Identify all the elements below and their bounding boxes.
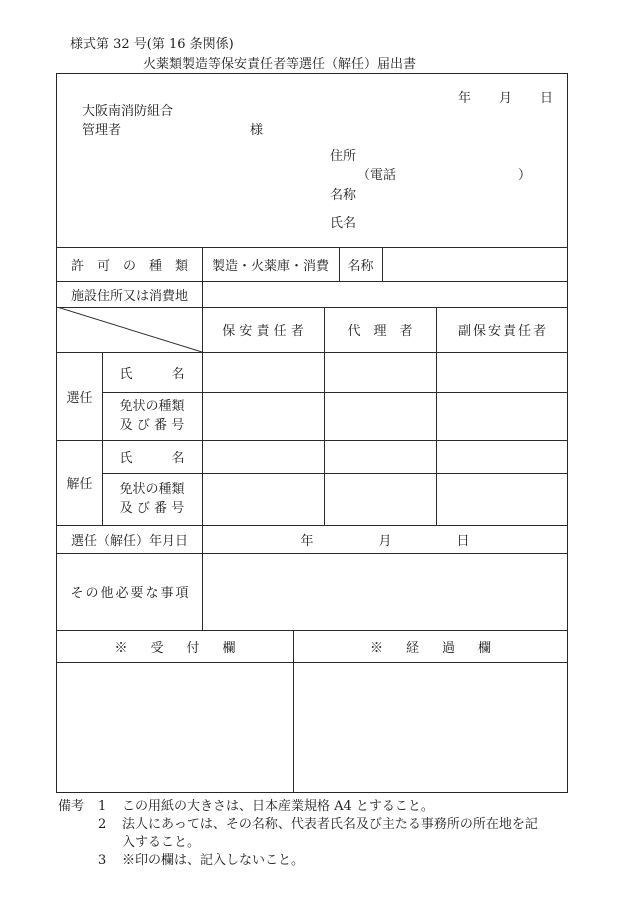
month-label: 月 [499, 87, 512, 106]
permit-name-label: 名称 [339, 247, 382, 281]
other-matters-label: その他必要な事項 [57, 553, 202, 630]
address-label: 住所 [330, 145, 356, 164]
remark-text: ※印の欄は、記入しないこと。 [122, 852, 542, 870]
year-label: 年 [458, 87, 471, 106]
column-header-deputy: 代 理 者 [324, 307, 436, 352]
remarks-item: 3 ※印の欄は、記入しないこと。 [98, 852, 542, 870]
permit-name-input-area [382, 247, 568, 281]
other-matters-input-area [202, 553, 568, 630]
honorific: 様 [250, 119, 263, 138]
facility-address-input-area [202, 281, 568, 307]
remarks-item: 1 この用紙の大きさは、日本産業規格 A4 とすること。 [98, 798, 542, 816]
remark-number: 1 [98, 798, 113, 816]
form-title: 火薬類製造等保安責任者等選任（解任）届出書 [57, 53, 502, 72]
license-label-line1: 免状の種類 [119, 397, 184, 417]
column-header-safety-manager: 保 安 責 任 者 [202, 307, 324, 352]
form-number: 様式第 32 号(第 16 条関係) [70, 33, 234, 52]
appointment-license-label: 免状の種類 及 び 番 号 [102, 392, 202, 440]
reception-box [57, 662, 293, 793]
year-label: 年 [300, 530, 313, 549]
org-name-label: 名称 [330, 184, 356, 203]
day-label: 日 [540, 87, 553, 106]
person-name-label: 氏名 [330, 212, 356, 231]
appointment-date-value-area: 年 月 日 [202, 525, 568, 553]
license-label-line2: 及 び 番 号 [120, 416, 184, 436]
permit-type-label: 許 可 の 種 類 [57, 247, 202, 281]
progress-column-header: ※ 経 過 欄 [293, 630, 568, 662]
column-header-vice-safety-manager: 副保安責任者 [436, 307, 568, 352]
remark-text: 法人にあっては、その名称、代表者氏名及び主たる事務所の所在地を記入すること。 [122, 816, 542, 852]
remark-number: 3 [98, 852, 113, 870]
row-group-appointment: 選任 [57, 352, 102, 440]
progress-box [293, 662, 568, 793]
phone-label: （電話 [357, 164, 396, 183]
submission-date-line: 年 月 日 [458, 87, 553, 106]
row-group-dismissal: 解任 [57, 440, 102, 525]
diagonal-line [57, 307, 202, 352]
phone-close-paren: ） [518, 164, 531, 183]
license-label-line2: 及 び 番 号 [120, 499, 184, 519]
remarks-label: 備考 [58, 798, 98, 870]
facility-address-label: 施設住所又は消費地 [57, 281, 202, 307]
permit-type-value: 製造・火薬庫・消費 [202, 247, 339, 281]
month-label: 月 [378, 530, 391, 549]
remark-number: 2 [98, 816, 113, 852]
remarks-item: 2 法人にあっては、その名称、代表者氏名及び主たる事務所の所在地を記入すること。 [98, 816, 542, 852]
addressee-org: 大阪南消防組合 [82, 100, 173, 119]
dismissal-license-label: 免状の種類 及 び 番 号 [102, 473, 202, 525]
reception-column-header: ※ 受 付 欄 [57, 630, 293, 662]
remark-text: この用紙の大きさは、日本産業規格 A4 とすること。 [122, 798, 542, 816]
day-label: 日 [457, 530, 470, 549]
remarks-section: 備考 1 この用紙の大きさは、日本産業規格 A4 とすること。 2 法人にあって… [58, 798, 542, 870]
appointment-date-label: 選任（解任）年月日 [57, 525, 202, 553]
form-document-page: 様式第 32 号(第 16 条関係) 火薬類製造等保安責任者等選任（解任）届出書… [0, 0, 630, 903]
addressee-role: 管理者 [82, 119, 121, 138]
appointment-name-label: 氏 名 [102, 352, 202, 392]
dismissal-name-label: 氏 名 [102, 440, 202, 473]
license-label-line1: 免状の種類 [119, 480, 184, 500]
